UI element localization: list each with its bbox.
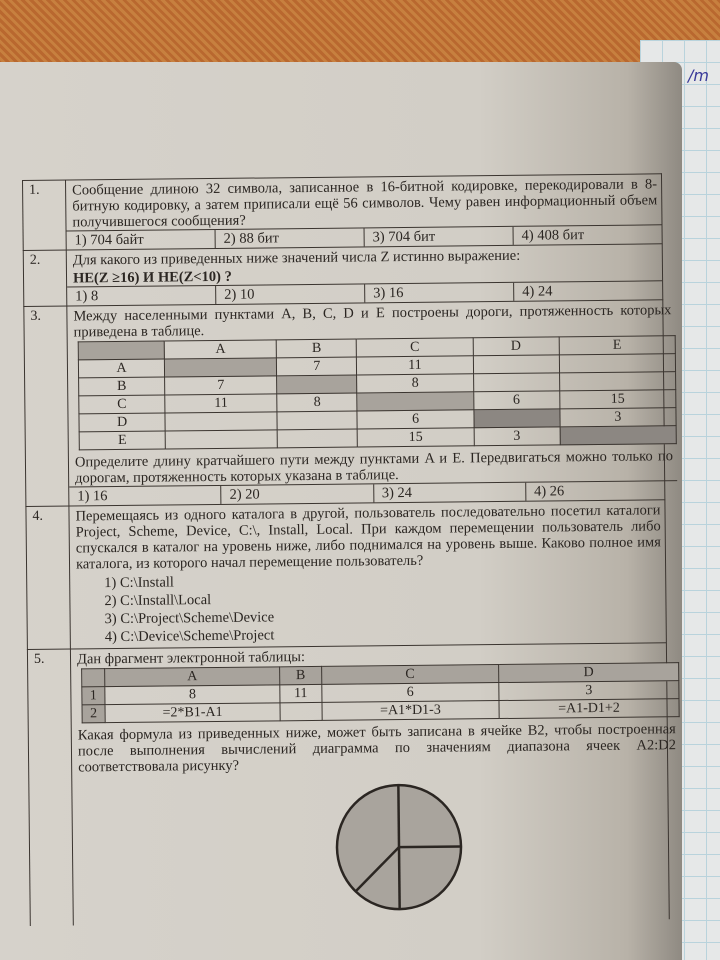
answer-option[interactable]: 1) 16 [69,486,221,506]
answer-option[interactable]: 3) 704 бит [365,227,514,247]
table-cell: =2*B1-A1 [105,703,280,723]
table-cell: 11 [357,356,473,375]
table-cell [559,354,675,373]
column-header: D [473,337,559,356]
answer-option[interactable]: 3) 24 [374,483,526,503]
question-number: 3. [24,307,69,506]
table-cell: 8 [105,685,280,705]
table-cell [277,411,357,430]
table-cell: 6 [321,683,499,703]
column-header: C [321,665,499,685]
row-header: A [78,359,164,378]
question-number: 4. [26,507,70,649]
table-cell [165,430,277,449]
table-cell: =A1*D1-3 [322,701,500,721]
answer-options: 1) C:\Install 2) C:\Install\Local 3) C:\… [76,566,666,648]
row-header: 2 [82,705,105,723]
table-cell [165,412,277,431]
table-cell [357,392,473,411]
column-header: A [105,667,280,687]
answer-option[interactable]: 3) 16 [365,283,514,303]
question-number: 5. [28,650,74,926]
table-cell: 11 [165,394,277,413]
table-cell [280,702,322,720]
question-2: 2. Для какого из приведенных ниже значен… [23,243,664,306]
column-header: E [559,336,675,355]
question-text-2: Какая формула из приведенных ниже, может… [78,719,680,775]
answer-option[interactable]: 4) 26 [526,481,677,501]
table-cell: 8 [277,393,357,412]
question-number: 2. [24,251,68,306]
answer-option[interactable]: 4) 24 [514,281,662,301]
handwriting: /m [688,66,709,85]
table-cell: =A1-D1+2 [499,699,679,719]
table-cell: 3 [499,681,679,701]
table-cell [559,372,675,391]
question-5: 5. Дан фрагмент электронной таблицы: ABC… [27,642,670,926]
column-header: B [277,339,357,358]
table-cell: 7 [277,357,357,376]
row-header: D [79,413,165,432]
question-3: 3. Между населенными пунктами A, B, C, D… [23,299,665,506]
question-sheet: 1. Сообщение длиною 32 символа, записанн… [22,173,670,926]
table-cell [474,409,560,428]
answer-option[interactable]: 1) 8 [67,286,216,306]
column-header: A [164,340,276,359]
column-header: D [499,663,679,683]
row-header: C [79,395,165,414]
table-cell [473,373,559,392]
table-cell: 3 [560,408,676,427]
table-cell [165,358,277,377]
table-cell [277,375,357,394]
question-text: Сообщение длиною 32 символа, записанное … [72,174,661,230]
table-cell: 3 [474,427,560,446]
table-cell [473,355,559,374]
row-header: B [79,377,165,396]
column-header: B [280,666,322,684]
column-header [78,341,164,360]
answer-option[interactable]: 1) 704 байт [67,230,216,250]
pie-chart [78,769,682,925]
table-cell: 7 [165,376,277,395]
question-number: 1. [23,181,67,250]
question-1: 1. Сообщение длиною 32 символа, записанн… [22,173,663,250]
table-cell: 15 [560,390,676,409]
question-4: 4. Перемещаясь из одного каталога в друг… [25,499,666,649]
column-header [82,669,105,687]
row-header: 1 [82,687,105,705]
row-header: E [79,431,165,450]
answer-option[interactable]: 4) 408 бит [514,225,662,245]
answer-option[interactable]: 2) 88 бит [216,228,365,248]
pie-chart-graphic [333,781,464,912]
table-cell: 8 [357,374,473,393]
spreadsheet-fragment: ABCD1811632=2*B1-A1=A1*D1-3=A1-D1+2 [81,662,680,723]
table-cell [277,429,357,448]
answer-option[interactable]: 2) 10 [216,284,365,304]
question-text: Перемещаясь из одного каталога в другой,… [75,500,665,572]
table-cell: 6 [473,391,559,410]
table-cell: 11 [280,684,322,702]
table-cell: 6 [357,410,473,429]
table-cell [560,426,676,445]
column-header: C [357,338,473,357]
answer-option[interactable]: 2) 20 [221,484,373,504]
distance-table: ABCDEA711B78C118615D63E153 [78,335,677,450]
table-cell: 15 [358,428,474,447]
question-text: Между населенными пунктами A, B, C, D и … [73,300,675,340]
